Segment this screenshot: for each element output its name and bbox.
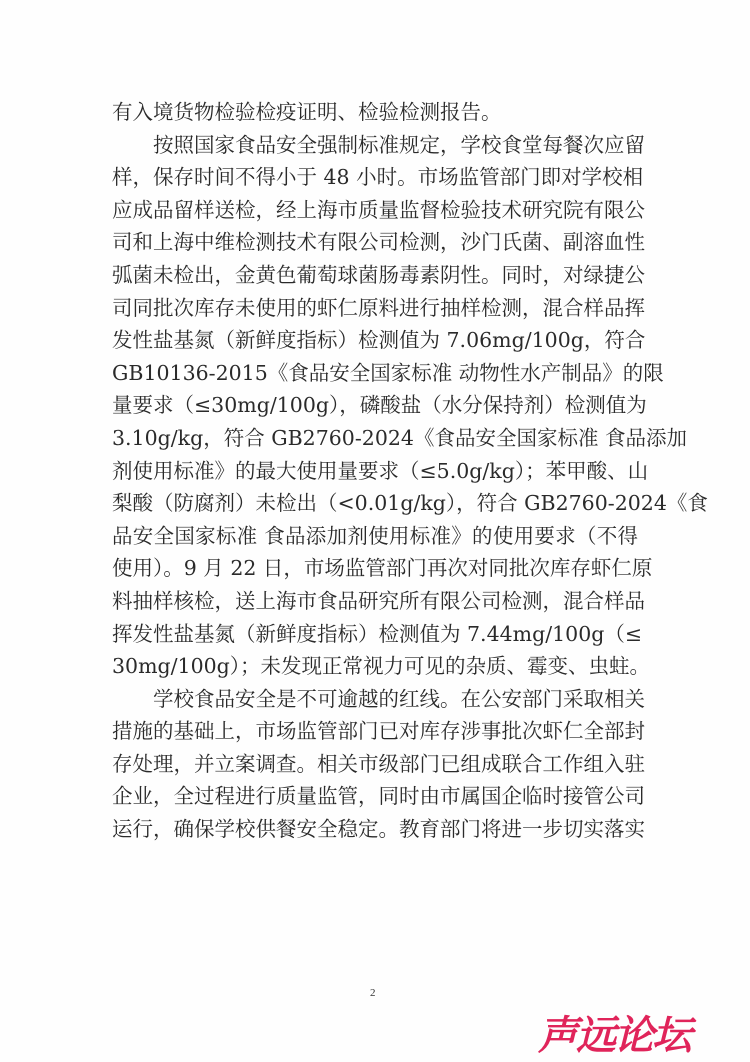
document-line: 运行，确保学校供餐安全稳定。教育部门将进一步切实落实 [112, 813, 638, 846]
document-line: 挥发性盐基氮（新鲜度指标）检测值为 7.44mg/100g（≤ [112, 618, 638, 651]
document-page: 有入境货物检验检疫证明、检验检测报告。按照国家食品安全强制标准规定，学校食堂每餐… [0, 0, 750, 1062]
document-line: 使用）。9 月 22 日，市场监管部门再次对同批次库存虾仁原 [112, 552, 638, 585]
document-line: GB10136-2015《食品安全国家标准 动物性水产制品》的限 [112, 357, 638, 390]
document-line: 剂使用标准》的最大使用量要求（≤5.0g/kg）；苯甲酸、山 [112, 455, 638, 488]
document-line: 样，保存时间不得小于 48 小时。市场监管部门即对学校相 [112, 161, 638, 194]
document-line: 量要求（≤30mg/100g），磷酸盐（水分保持剂）检测值为 [112, 389, 638, 422]
document-line: 3.10g/kg，符合 GB2760-2024《食品安全国家标准 食品添加 [112, 422, 638, 455]
document-line: 司和上海中维检测技术有限公司检测，沙门氏菌、副溶血性 [112, 226, 638, 259]
page-number: 2 [370, 987, 376, 999]
document-line: 措施的基础上，市场监管部门已对库存涉事批次虾仁全部封 [112, 715, 638, 748]
forum-watermark-logo: 声远论坛 [538, 1010, 750, 1062]
document-line: 弧菌未检出，金黄色葡萄球菌肠毒素阴性。同时，对绿捷公 [112, 259, 638, 292]
document-line: 存处理，并立案调查。相关市级部门已组成联合工作组入驻 [112, 748, 638, 781]
document-line: 有入境货物检验检疫证明、检验检测报告。 [112, 96, 638, 129]
document-line: 料抽样核检，送上海市食品研究所有限公司检测，混合样品 [112, 585, 638, 618]
document-line: 司同批次库存未使用的虾仁原料进行抽样检测，混合样品挥 [112, 292, 638, 325]
document-line: 应成品留样送检，经上海市质量监督检验技术研究院有限公 [112, 194, 638, 227]
document-line: 品安全国家标准 食品添加剂使用标准》的使用要求（不得 [112, 520, 638, 553]
document-body: 有入境货物检验检疫证明、检验检测报告。按照国家食品安全强制标准规定，学校食堂每餐… [112, 96, 638, 846]
document-line: 按照国家食品安全强制标准规定，学校食堂每餐次应留 [112, 129, 638, 162]
document-line: 学校食品安全是不可逾越的红线。在公安部门采取相关 [112, 683, 638, 716]
document-line: 企业，全过程进行质量监管，同时由市属国企临时接管公司 [112, 780, 638, 813]
document-line: 30mg/100g）；未发现正常视力可见的杂质、霉变、虫蛀。 [112, 650, 638, 683]
document-line: 梨酸（防腐剂）未检出（<0.01g/kg），符合 GB2760-2024《食 [112, 487, 638, 520]
document-line: 发性盐基氮（新鲜度指标）检测值为 7.06mg/100g，符合 [112, 324, 638, 357]
